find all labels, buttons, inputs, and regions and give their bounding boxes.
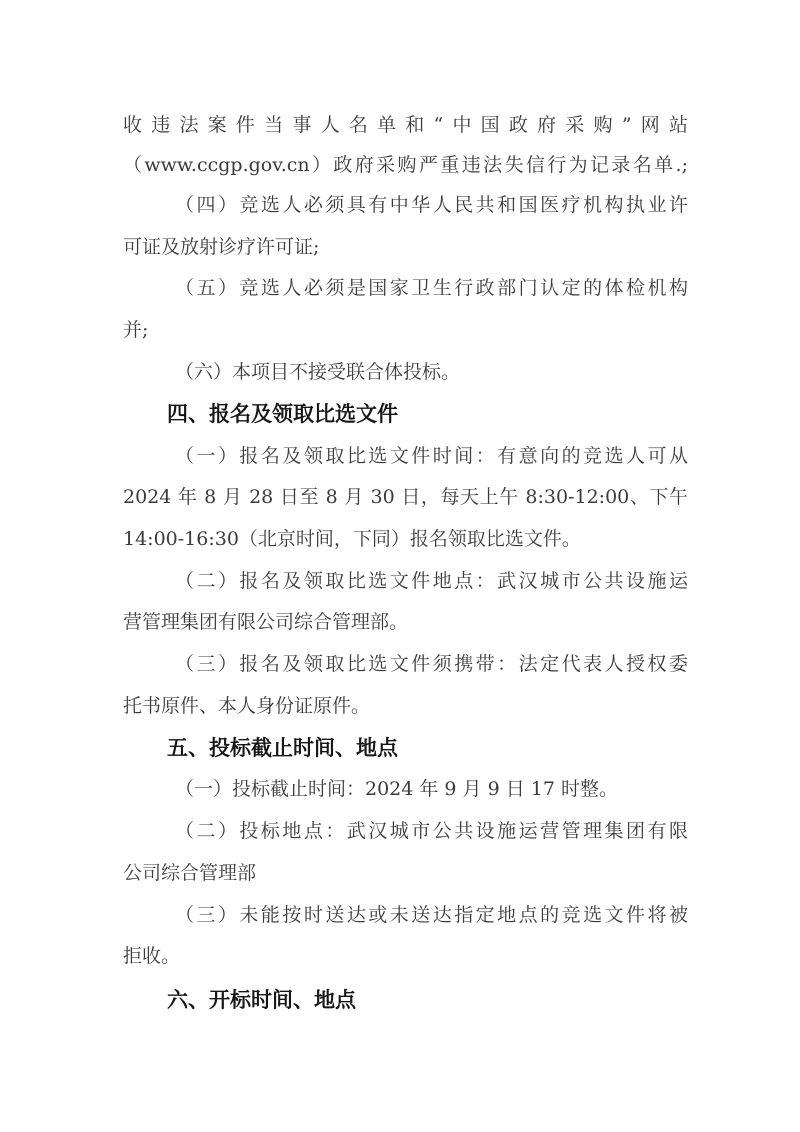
body-line: 营管理集团有限公司综合管理部。	[123, 607, 688, 637]
clause-line: （三）报名及领取比选文件须携带：法定代表人授权委	[175, 649, 688, 679]
clause-line: （一）报名及领取比选文件时间：有意向的竞选人可从	[175, 441, 688, 471]
section-heading-bid-deadline: 五、投标截止时间、地点	[167, 733, 398, 763]
document-page: 收违法案件当事人名单和“中国政府采购”网站 （www.ccgp.gov.cn）政…	[0, 0, 800, 1132]
clause-line: （六）本项目不接受联合体投标。	[175, 357, 688, 387]
body-line: 托书原件、本人身份证原件。	[123, 691, 688, 721]
body-line: 拒收。	[123, 941, 688, 971]
body-line: 并;	[123, 315, 688, 345]
clause-line: （四）竞选人必须具有中华人民共和国医疗机构执业许	[175, 190, 688, 220]
body-line: （www.ccgp.gov.cn）政府采购严重违法失信行为记录名单.;	[123, 150, 688, 180]
body-line: 2024 年 8 月 28 日至 8 月 30 日，每天上午 8:30-12:0…	[123, 482, 688, 512]
clause-line: （三）未能按时送达或未送达指定地点的竞选文件将被	[175, 900, 688, 930]
body-line: 可证及放射诊疗许可证;	[123, 232, 688, 262]
clause-line: （五）竞选人必须是国家卫生行政部门认定的体检机构	[175, 273, 688, 303]
clause-line: （二）报名及领取比选文件地点：武汉城市公共设施运	[175, 566, 688, 596]
section-heading-bid-opening: 六、开标时间、地点	[167, 985, 356, 1015]
body-line: 收违法案件当事人名单和“中国政府采购”网站	[123, 110, 688, 140]
section-heading-registration: 四、报名及领取比选文件	[167, 399, 398, 429]
clause-line: （二）投标地点：武汉城市公共设施运营管理集团有限	[175, 816, 688, 846]
clause-line: （一）投标截止时间：2024 年 9 月 9 日 17 时整。	[175, 774, 688, 804]
body-line: 公司综合管理部	[123, 858, 688, 888]
body-line: 14:00-16:30（北京时间，下同）报名领取比选文件。	[123, 524, 688, 554]
